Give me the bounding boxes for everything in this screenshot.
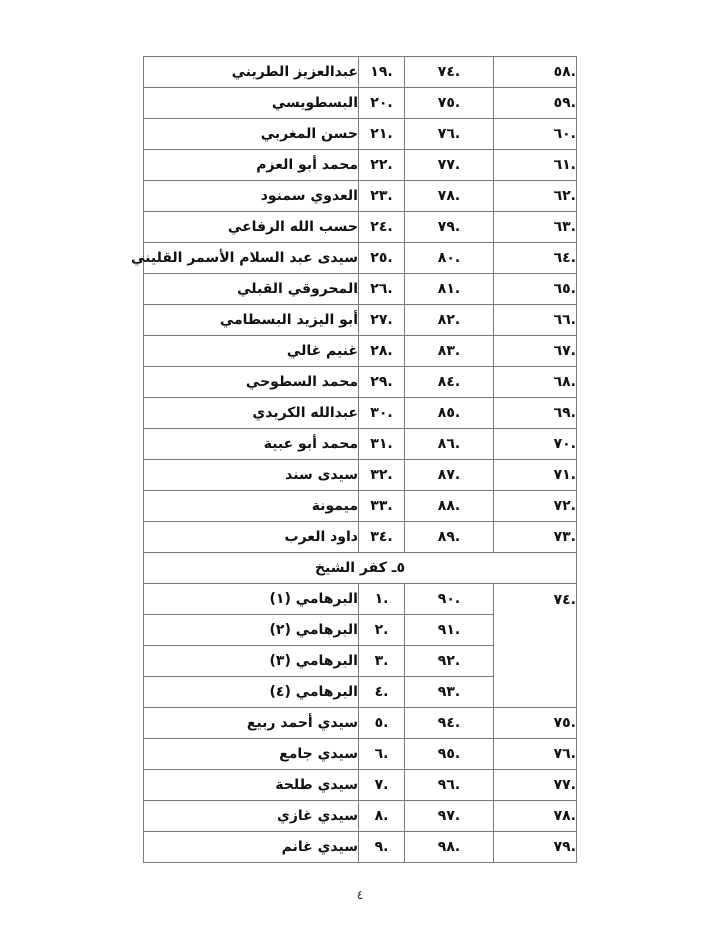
shrine-name-cell: البرهامي (٢) (144, 615, 359, 646)
local-number-cell: .٧ (359, 770, 405, 801)
sequence-number-cell: .٩٧ (405, 801, 494, 832)
table-row: .٥٨.٧٤.١٩عبدالعزيز الطريني (144, 57, 577, 88)
sequence-number-cell: .٩٠ (405, 584, 494, 615)
sequence-number-cell: .٨٣ (405, 336, 494, 367)
section-heading: ٥ـ كفر الشيخ (144, 553, 577, 584)
local-number-cell: .٢ (359, 615, 405, 646)
sequence-number-cell: .٨٤ (405, 367, 494, 398)
table-row: .٧٨.٩٧.٨سيدي غازي (144, 801, 577, 832)
local-number-cell: .٣٠ (359, 398, 405, 429)
sequence-number-cell: .٩٣ (405, 677, 494, 708)
local-number-cell: .٢١ (359, 119, 405, 150)
shrine-name-cell: حسب الله الرفاعي (144, 212, 359, 243)
serial-number-cell: .٧٦ (494, 739, 577, 770)
table-row: .٦٧.٨٣.٢٨غنيم غالي (144, 336, 577, 367)
sequence-number-cell: .٨٨ (405, 491, 494, 522)
table-row: .٦٣.٧٩.٢٤حسب الله الرفاعي (144, 212, 577, 243)
shrine-name-cell: المحروقي القبلي (144, 274, 359, 305)
sequence-number-cell: .٧٧ (405, 150, 494, 181)
serial-number-cell: .٦٣ (494, 212, 577, 243)
local-number-cell: .٢٣ (359, 181, 405, 212)
table-row: .٦٤.٨٠.٢٥سيدى عبد السلام الأسمر القليني (144, 243, 577, 274)
serial-number-cell: .٦٧ (494, 336, 577, 367)
local-number-cell: .٥ (359, 708, 405, 739)
shrine-name-cell: عبدالعزيز الطريني (144, 57, 359, 88)
table-row: .٧٥.٩٤.٥سيدي أحمد ربيع (144, 708, 577, 739)
table-row: .٧١.٨٧.٣٢سيدى سند (144, 460, 577, 491)
shrine-name-cell: سيدي طلحة (144, 770, 359, 801)
shrine-name-cell: سيدى عبد السلام الأسمر القليني (144, 243, 359, 274)
shrine-name-cell: البرهامي (١) (144, 584, 359, 615)
local-number-cell: .٢٩ (359, 367, 405, 398)
serial-number-cell: .٧٥ (494, 708, 577, 739)
table-row: .٦٢.٧٨.٢٣العدوي سمنود (144, 181, 577, 212)
shrine-name-cell: سيدي أحمد ربيع (144, 708, 359, 739)
local-number-cell: .٣٢ (359, 460, 405, 491)
table-row: .٧٩.٩٨.٩سيدي غانم (144, 832, 577, 863)
shrines-table: .٥٨.٧٤.١٩عبدالعزيز الطريني.٥٩.٧٥.٢٠البسط… (143, 56, 577, 863)
shrine-name-cell: محمد السطوحي (144, 367, 359, 398)
sequence-number-cell: .٧٤ (405, 57, 494, 88)
serial-number-cell: .٦٢ (494, 181, 577, 212)
shrine-name-cell: أبو اليزيد البسطامي (144, 305, 359, 336)
local-number-cell: .٣٤ (359, 522, 405, 553)
serial-number-cell: .٧١ (494, 460, 577, 491)
shrine-name-cell: سيدي جامع (144, 739, 359, 770)
serial-number-cell: .٧٩ (494, 832, 577, 863)
table-row: .٥٩.٧٥.٢٠البسطويسي (144, 88, 577, 119)
table-row: .٦١.٧٧.٢٢محمد أبو العزم (144, 150, 577, 181)
page-number: ٤ (0, 888, 720, 902)
table-row: .٧٢.٨٨.٣٣ميمونة (144, 491, 577, 522)
serial-number-cell: .٥٩ (494, 88, 577, 119)
sequence-number-cell: .٧٦ (405, 119, 494, 150)
shrine-name-cell: داود العرب (144, 522, 359, 553)
serial-number-cell: .٦٨ (494, 367, 577, 398)
local-number-cell: .١ (359, 584, 405, 615)
sequence-number-cell: .٧٩ (405, 212, 494, 243)
serial-number-cell: .٦٩ (494, 398, 577, 429)
sequence-number-cell: .٨٧ (405, 460, 494, 491)
serial-number-cell: .٧٤ (494, 584, 577, 708)
shrine-name-cell: غنيم غالي (144, 336, 359, 367)
local-number-cell: .٢٦ (359, 274, 405, 305)
serial-number-cell: .٧٣ (494, 522, 577, 553)
shrine-name-cell: محمد أبو العزم (144, 150, 359, 181)
sequence-number-cell: .٨٢ (405, 305, 494, 336)
local-number-cell: .٩ (359, 832, 405, 863)
table-body: .٥٨.٧٤.١٩عبدالعزيز الطريني.٥٩.٧٥.٢٠البسط… (144, 57, 577, 863)
table-row: .٧٧.٩٦.٧سيدي طلحة (144, 770, 577, 801)
sequence-number-cell: .٩٤ (405, 708, 494, 739)
local-number-cell: .١٩ (359, 57, 405, 88)
shrine-name-cell: ميمونة (144, 491, 359, 522)
table-row: .٦٩.٨٥.٣٠عبدالله الكريدي (144, 398, 577, 429)
local-number-cell: .٤ (359, 677, 405, 708)
local-number-cell: .٢٥ (359, 243, 405, 274)
local-number-cell: .٢٨ (359, 336, 405, 367)
shrine-name-cell: البرهامي (٤) (144, 677, 359, 708)
shrine-name-cell: حسن المغربي (144, 119, 359, 150)
sequence-number-cell: .٨١ (405, 274, 494, 305)
local-number-cell: .٣ (359, 646, 405, 677)
shrine-name-cell: سيدى سند (144, 460, 359, 491)
serial-number-cell: .٦٠ (494, 119, 577, 150)
shrine-name-cell: محمد أبو عبية (144, 429, 359, 460)
local-number-cell: .٢٢ (359, 150, 405, 181)
serial-number-cell: .٧٠ (494, 429, 577, 460)
sequence-number-cell: .٩٦ (405, 770, 494, 801)
sequence-number-cell: .٩٨ (405, 832, 494, 863)
table-row: .٧٤.٩٠.١البرهامي (١) (144, 584, 577, 615)
sequence-number-cell: .٨٦ (405, 429, 494, 460)
local-number-cell: .٣١ (359, 429, 405, 460)
serial-number-cell: .٦٤ (494, 243, 577, 274)
local-number-cell: .٣٣ (359, 491, 405, 522)
local-number-cell: .٨ (359, 801, 405, 832)
shrine-name-cell: البرهامي (٣) (144, 646, 359, 677)
shrine-name-cell: سيدي غانم (144, 832, 359, 863)
serial-number-cell: .٧٨ (494, 801, 577, 832)
sequence-number-cell: .٧٨ (405, 181, 494, 212)
table-row: .٦٨.٨٤.٢٩محمد السطوحي (144, 367, 577, 398)
table-row: .٧٦.٩٥.٦سيدي جامع (144, 739, 577, 770)
shrine-name-cell: سيدي غازي (144, 801, 359, 832)
serial-number-cell: .٦١ (494, 150, 577, 181)
local-number-cell: .٢٠ (359, 88, 405, 119)
serial-number-cell: .٧٢ (494, 491, 577, 522)
table-row: .٦٥.٨١.٢٦المحروقي القبلي (144, 274, 577, 305)
document-page: .٥٨.٧٤.١٩عبدالعزيز الطريني.٥٩.٧٥.٢٠البسط… (0, 0, 720, 932)
section-heading-row: ٥ـ كفر الشيخ (144, 553, 577, 584)
sequence-number-cell: .٩٢ (405, 646, 494, 677)
serial-number-cell: .٦٦ (494, 305, 577, 336)
table-row: .٧٣.٨٩.٣٤داود العرب (144, 522, 577, 553)
serial-number-cell: .٦٥ (494, 274, 577, 305)
sequence-number-cell: .٧٥ (405, 88, 494, 119)
serial-number-cell: .٧٧ (494, 770, 577, 801)
sequence-number-cell: .٩١ (405, 615, 494, 646)
shrine-name-cell: البسطويسي (144, 88, 359, 119)
shrine-name-cell: العدوي سمنود (144, 181, 359, 212)
serial-number-cell: .٥٨ (494, 57, 577, 88)
local-number-cell: .٢٧ (359, 305, 405, 336)
table-row: .٦٦.٨٢.٢٧أبو اليزيد البسطامي (144, 305, 577, 336)
sequence-number-cell: .٨٥ (405, 398, 494, 429)
table-row: .٦٠.٧٦.٢١حسن المغربي (144, 119, 577, 150)
shrine-name-cell: عبدالله الكريدي (144, 398, 359, 429)
sequence-number-cell: .٩٥ (405, 739, 494, 770)
local-number-cell: .٦ (359, 739, 405, 770)
sequence-number-cell: .٨٠ (405, 243, 494, 274)
sequence-number-cell: .٨٩ (405, 522, 494, 553)
table-row: .٧٠.٨٦.٣١محمد أبو عبية (144, 429, 577, 460)
local-number-cell: .٢٤ (359, 212, 405, 243)
